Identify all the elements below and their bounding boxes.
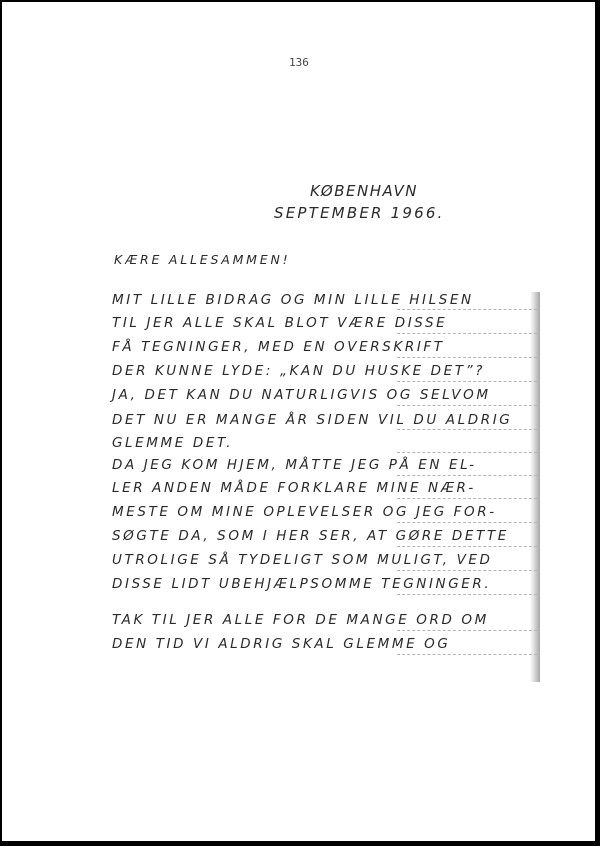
ruled-line [397, 546, 537, 547]
ruled-line [397, 498, 537, 499]
ruled-line [397, 381, 537, 382]
letter-place: KØBENHAVN [310, 182, 418, 200]
letter-line: JA, DET KAN DU NATURLIGVIS OG SELVOM [112, 387, 491, 403]
letter-line: DET NU ER MANGE ÅR SIDEN VIL DU ALDRIG [112, 412, 512, 428]
letter-salutation: KÆRE ALLESAMMEN! [114, 252, 290, 267]
ruled-line [397, 630, 537, 631]
scan-edge-shadow [530, 292, 540, 682]
ruled-line [397, 522, 537, 523]
ruled-line [397, 452, 537, 453]
letter-line: MESTE OM MINE OPLEVELSER OG JEG FOR- [112, 504, 497, 520]
letter-line: GLEMME DET. [112, 435, 233, 451]
document-page: 136 KØBENHAVN SEPTEMBER 1966. KÆRE ALLES… [0, 0, 600, 846]
letter-line: FÅ TEGNINGER, MED EN OVERSKRIFT [112, 339, 445, 355]
ruled-line [397, 594, 537, 595]
letter-line: DEN TID VI ALDRIG SKAL GLEMME OG [112, 636, 450, 652]
letter-line: DER KUNNE LYDE: „KAN DU HUSKE DET”? [112, 363, 485, 379]
ruled-line [397, 654, 537, 655]
page-number: 136 [289, 56, 309, 69]
letter-date: SEPTEMBER 1966. [274, 204, 445, 222]
letter-line: LER ANDEN MÅDE FORKLARE MINE NÆR- [112, 480, 476, 496]
letter-line: MIT LILLE BIDRAG OG MIN LILLE HILSEN [112, 292, 474, 308]
letter-line: TIL JER ALLE SKAL BLOT VÆRE DISSE [112, 315, 447, 331]
letter-line: UTROLIGE SÅ TYDELIGT SOM MULIGT, VED [112, 552, 493, 568]
letter-line: DISSE LIDT UBEHJÆLPSOMME TEGNINGER. [112, 576, 491, 592]
ruled-line [397, 405, 537, 406]
ruled-line [397, 333, 537, 334]
ruled-line [397, 357, 537, 358]
ruled-line [397, 429, 537, 430]
letter-line: SØGTE DA, SOM I HER SER, AT GØRE DETTE [112, 528, 509, 544]
ruled-line [397, 570, 537, 571]
ruled-line [397, 309, 537, 310]
ruled-line [397, 475, 537, 476]
letter-line: DA JEG KOM HJEM, MÅTTE JEG PÅ EN EL- [112, 457, 477, 473]
letter-line: TAK TIL JER ALLE FOR DE MANGE ORD OM [112, 612, 489, 628]
